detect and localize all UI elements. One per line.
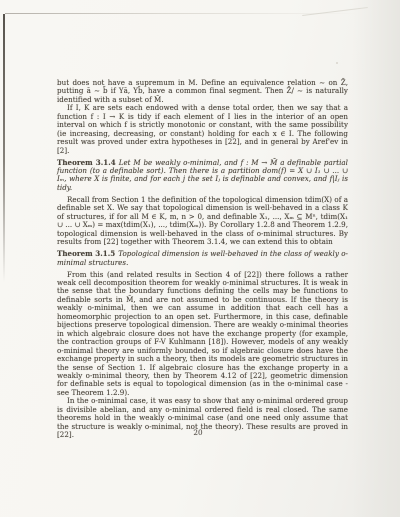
paragraph-cell-decomposition: From this (and related results in Sectio…	[57, 271, 348, 398]
text-block: but does not have a supremum in M. Defin…	[57, 79, 348, 440]
paragraph-topological-dimension: Recall from Section 1 the definition of …	[57, 196, 348, 247]
scan-shadow-right	[352, 0, 400, 517]
paper-sheet: but does not have a supremum in M. Defin…	[0, 0, 400, 517]
theorem-3-1-4: Theorem 3.1.4Let M be weakly o-minimal, …	[57, 159, 348, 193]
theorem-3-1-5: Theorem 3.1.5Topological dimension is we…	[57, 250, 348, 267]
page-number: 20	[0, 428, 396, 437]
paragraph-tidy-definition: If I, K are sets each endowed with a den…	[57, 104, 348, 155]
scan-edge-left	[3, 14, 5, 282]
scanned-page: but does not have a supremum in M. Defin…	[0, 0, 400, 517]
scan-speck	[336, 62, 338, 64]
paragraph-continuation: but does not have a supremum in M. Defin…	[57, 79, 348, 104]
